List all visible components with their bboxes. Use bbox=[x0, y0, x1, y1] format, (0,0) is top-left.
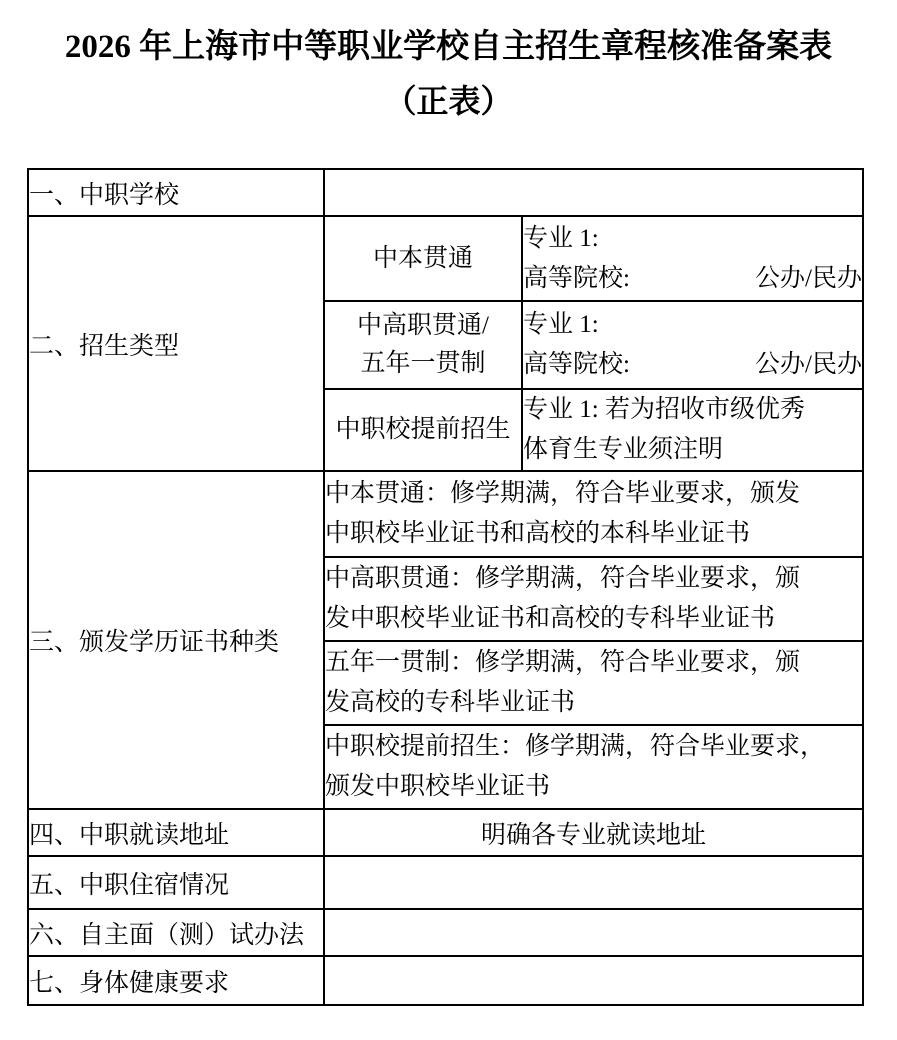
table-row: 一、中职学校 bbox=[28, 169, 863, 216]
filing-form-table: 一、中职学校 二、招生类型 中本贯通 专业 1: 高等院校: 公办/民办 中高职… bbox=[27, 168, 864, 1006]
type-name-line: 五年一贯制 bbox=[325, 345, 521, 383]
type-name-line: 中职校提前招生 bbox=[325, 411, 521, 449]
row4-value-cell: 明确各专业就读地址 bbox=[324, 809, 863, 856]
note-line: 专业 1: 若为招收市级优秀 bbox=[523, 390, 862, 430]
type-name-line: 中本贯通 bbox=[325, 240, 521, 278]
note-line: 体育生专业须注明 bbox=[523, 430, 862, 470]
type-name-line: 中高职贯通/ bbox=[325, 307, 521, 345]
college-line: 高等院校: 公办/民办 bbox=[523, 259, 862, 299]
cert-wunian: 五年一贯制：修学期满，符合毕业要求，颁 发高校的专科毕业证书 bbox=[324, 641, 863, 725]
row3-label: 三、颁发学历证书种类 bbox=[28, 471, 324, 809]
major-line: 专业 1: bbox=[523, 305, 862, 345]
college-type: 公办/民办 bbox=[755, 345, 862, 385]
row1-label: 一、中职学校 bbox=[28, 169, 324, 216]
row5-label: 五、中职住宿情况 bbox=[28, 856, 324, 909]
row7-value-cell bbox=[324, 956, 863, 1005]
row7-label: 七、身体健康要求 bbox=[28, 956, 324, 1005]
college-label: 高等院校: bbox=[523, 259, 630, 299]
row1-value-cell bbox=[324, 169, 863, 216]
type-detail-zhonggaozhi: 专业 1: 高等院校: 公办/民办 bbox=[522, 301, 863, 389]
cert-line: 中职校提前招生：修学期满，符合毕业要求， bbox=[325, 727, 862, 767]
table-row: 三、颁发学历证书种类 中本贯通：修学期满，符合毕业要求，颁发 中职校毕业证书和高… bbox=[28, 471, 863, 557]
type-detail-tiqian: 专业 1: 若为招收市级优秀 体育生专业须注明 bbox=[522, 389, 863, 471]
college-line: 高等院校: 公办/民办 bbox=[523, 345, 862, 385]
type-detail-zhongben: 专业 1: 高等院校: 公办/民办 bbox=[522, 216, 863, 301]
cert-line: 颁发中职校毕业证书 bbox=[325, 767, 862, 807]
row5-value-cell bbox=[324, 856, 863, 909]
cert-line: 五年一贯制：修学期满，符合毕业要求，颁 bbox=[325, 643, 862, 683]
college-type: 公办/民办 bbox=[755, 259, 862, 299]
cert-line: 中本贯通：修学期满，符合毕业要求，颁发 bbox=[325, 474, 862, 514]
cert-zhonggaozhi: 中高职贯通：修学期满，符合毕业要求，颁 发中职校毕业证书和高校的专科毕业证书 bbox=[324, 557, 863, 641]
table-row: 六、自主面（测）试办法 bbox=[28, 909, 863, 956]
table-row: 五、中职住宿情况 bbox=[28, 856, 863, 909]
cert-line: 中高职贯通：修学期满，符合毕业要求，颁 bbox=[325, 559, 862, 599]
row2-label: 二、招生类型 bbox=[28, 216, 324, 471]
type-name-zhongben: 中本贯通 bbox=[324, 216, 522, 301]
page-title: 2026 年上海市中等职业学校自主招生章程核准备案表 bbox=[0, 24, 897, 70]
row6-label: 六、自主面（测）试办法 bbox=[28, 909, 324, 956]
type-name-zhonggaozhi: 中高职贯通/ 五年一贯制 bbox=[324, 301, 522, 389]
cert-line: 发高校的专科毕业证书 bbox=[325, 683, 862, 723]
row4-label: 四、中职就读地址 bbox=[28, 809, 324, 856]
cert-line: 发中职校毕业证书和高校的专科毕业证书 bbox=[325, 599, 862, 639]
cert-zhongben: 中本贯通：修学期满，符合毕业要求，颁发 中职校毕业证书和高校的本科毕业证书 bbox=[324, 471, 863, 557]
cert-tiqian: 中职校提前招生：修学期满，符合毕业要求， 颁发中职校毕业证书 bbox=[324, 725, 863, 809]
table-row: 七、身体健康要求 bbox=[28, 956, 863, 1005]
major-line: 专业 1: bbox=[523, 219, 862, 259]
table-row: 四、中职就读地址 明确各专业就读地址 bbox=[28, 809, 863, 856]
cert-line: 中职校毕业证书和高校的本科毕业证书 bbox=[325, 514, 862, 554]
row6-value-cell bbox=[324, 909, 863, 956]
type-name-tiqian: 中职校提前招生 bbox=[324, 389, 522, 471]
page-subtitle: （正表） bbox=[0, 78, 897, 124]
table-row: 二、招生类型 中本贯通 专业 1: 高等院校: 公办/民办 bbox=[28, 216, 863, 301]
college-label: 高等院校: bbox=[523, 345, 630, 385]
